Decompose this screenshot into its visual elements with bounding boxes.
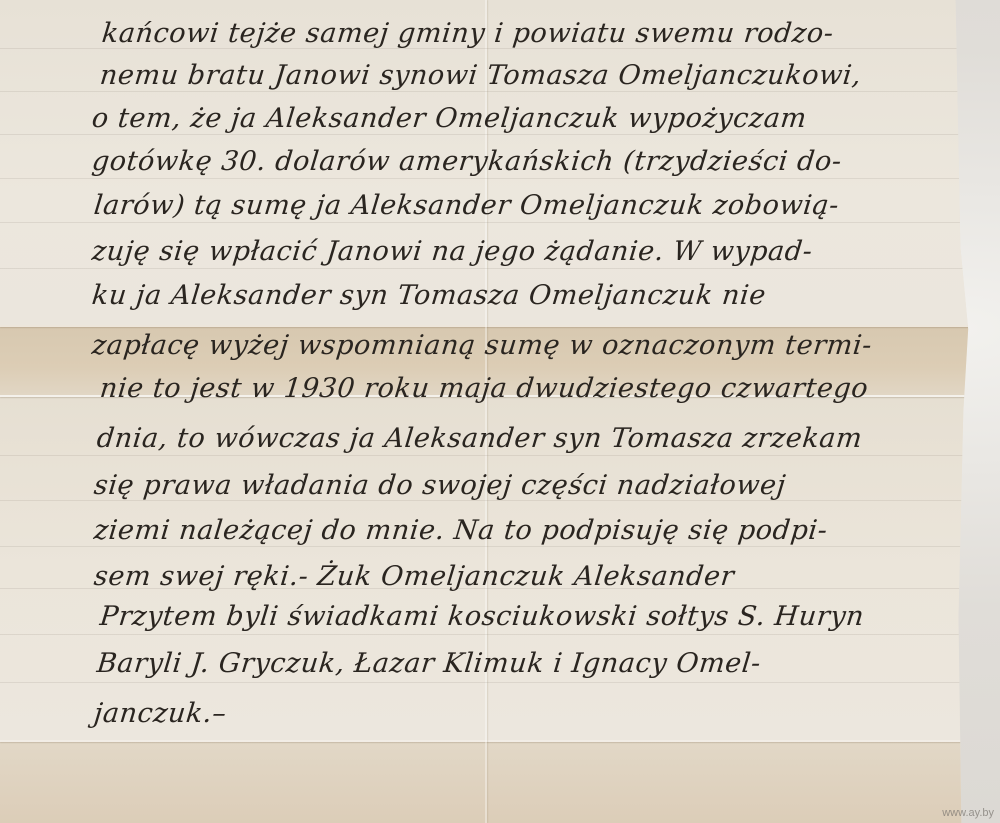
ruled-line bbox=[0, 222, 975, 223]
fold-crease bbox=[0, 325, 975, 327]
ruled-line bbox=[0, 546, 975, 547]
text-line: o tem, że ja Aleksander Omeljanczuk wypo… bbox=[90, 103, 808, 134]
watermark: www.ay.by bbox=[942, 807, 994, 819]
ruled-line bbox=[0, 682, 975, 683]
paper-bottom-fold bbox=[0, 740, 975, 823]
ruled-line bbox=[0, 455, 975, 456]
ruled-line bbox=[0, 134, 975, 135]
text-line: nie to jest w 1930 roku maja dwudziesteg… bbox=[98, 373, 870, 404]
witnesses-line: Przytem byli świadkami kosciukowski sołt… bbox=[98, 601, 865, 632]
text-line: zuję się wpłacić Janowi na jego żądanie.… bbox=[90, 236, 814, 267]
fold-crease bbox=[0, 740, 975, 742]
text-line: się prawa władania do swojej części nadz… bbox=[92, 470, 787, 501]
signature-line: sem swej ręki.- Żuk Omeljanczuk Aleksand… bbox=[92, 561, 736, 592]
ruled-line bbox=[0, 178, 975, 179]
text-line: larów) tą sumę ja Aleksander Omeljanczuk… bbox=[92, 190, 840, 221]
text-line: gotówkę 30. dolarów amerykańskich (trzyd… bbox=[90, 146, 843, 177]
text-line: ku ja Aleksander syn Tomasza Omeljanczuk… bbox=[90, 280, 767, 311]
text-line: nemu bratu Janowi synowi Tomasza Omeljan… bbox=[98, 60, 863, 91]
text-line: kańcowi tejże samej gminy i powiatu swem… bbox=[100, 18, 835, 49]
ruled-line bbox=[0, 91, 975, 92]
ruled-line bbox=[0, 268, 975, 269]
text-line: dnia, to wówczas ja Aleksander syn Tomas… bbox=[95, 423, 864, 454]
text-line: zapłacę wyżej wspomnianą sumę w oznaczon… bbox=[90, 330, 873, 361]
witnesses-line: janczuk.– bbox=[92, 698, 228, 729]
ruled-line bbox=[0, 634, 975, 635]
text-line: ziemi należącej do mnie. Na to podpisuję… bbox=[92, 515, 829, 546]
letter-page: kańcowi tejże samej gminy i powiatu swem… bbox=[0, 0, 975, 823]
witnesses-line: Baryli J. Gryczuk, Łazar Klimuk i Ignacy… bbox=[95, 648, 762, 679]
